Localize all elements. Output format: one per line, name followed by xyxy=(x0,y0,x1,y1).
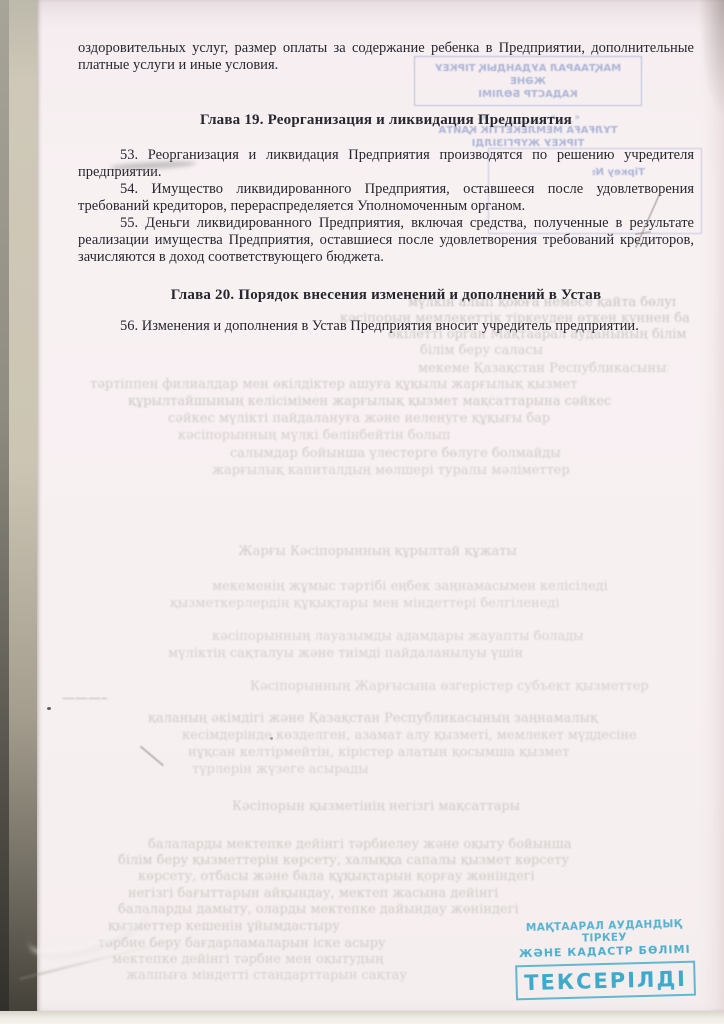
bleedthrough-line: кәсіпорынның лауазымды адамдары жауапты … xyxy=(212,630,682,644)
clause-54: 54. Имущество ликвидированного Предприят… xyxy=(78,181,694,215)
bleedthrough-line: негізгі бағыттарын айқындау, мектеп жасы… xyxy=(128,887,678,901)
scanned-charter-page: мүлкін алып қоюға немесе қайта бөлуге жо… xyxy=(0,0,724,1024)
bleedthrough-line: тәртіппен филиалдар мен өкілдіктер ашуға… xyxy=(90,378,670,392)
bleedthrough-line: құрылтайшының келісімімен жарғылық қызме… xyxy=(128,395,683,409)
bleedthrough-line: мекеме Қазақстан Республикасының заңнама… xyxy=(418,362,668,376)
verification-stamp-office-line1: МАҚТААРАЛ АУДАНДЫҚ ТІРКЕУ xyxy=(514,918,695,947)
bleedthrough-line: нұқсан келтірмейтін, кірістер алатын қос… xyxy=(188,746,678,760)
bleedthrough-line: қызметкерлердің құқықтары мен міндеттері… xyxy=(170,597,685,611)
verified-box: ТЕКСЕРІЛДІ xyxy=(515,961,696,1001)
bleedthrough-line: салымдар бойынша үлестерге бөлуге болмай… xyxy=(230,447,680,461)
continuation-paragraph: оздоровительных услуг, размер оплаты за … xyxy=(78,40,694,74)
bleedthrough-line: балаларды дамыту, оларды мектепке дайынд… xyxy=(118,903,663,917)
clause-55: 55. Деньги ликвидированного Предприятия,… xyxy=(78,215,694,266)
bleedthrough-line: мүліктің сақталуы және тиімді пайдаланыл… xyxy=(168,647,688,661)
ink-speck xyxy=(47,707,51,710)
bleedthrough-line: жалпыға міндетті стандарттарын сақтау xyxy=(126,969,456,983)
fold-mark xyxy=(140,746,164,766)
bleedthrough-line: көрсету, отбасы және бала құқықтарын қор… xyxy=(138,870,683,884)
ink-speck xyxy=(270,737,273,740)
scanner-bottom-edge xyxy=(0,1011,724,1024)
bleedthrough-line: білім беру саласы xyxy=(420,344,570,358)
document-text: оздоровительных услуг, размер оплаты за … xyxy=(78,40,694,335)
bleedthrough-line: түрлерін жүзеге асырады xyxy=(192,763,422,777)
bleedthrough-line: қызметтер кешенін ұйымдастыру xyxy=(108,920,468,934)
bleedthrough-line: балаларды мектепке дейінгі тәрбиелеу жән… xyxy=(148,838,693,852)
bleedthrough-line: Кәсіпорын қызметінің негізгі мақсаттары xyxy=(232,800,562,814)
clause-56: 56. Изменения и дополнения в Устав Предп… xyxy=(78,318,694,335)
bleedthrough-line: білім беру қызметтерін көрсету, халыққа … xyxy=(118,854,683,868)
chapter-19-title: Глава 19. Реорганизация и ликвидация Пре… xyxy=(78,112,694,129)
bleedthrough-line: Кәсіпорынның Жарғысына өзгерістер субъек… xyxy=(250,680,680,694)
scanner-left-edge xyxy=(0,0,37,1024)
ink-speck xyxy=(99,46,102,48)
bleedthrough-line: ———– xyxy=(62,692,212,706)
bleedthrough-line: жарғылық капиталдың мөлшері туралы мәлім… xyxy=(212,464,657,478)
bleedthrough-line: Жарғы Кәсіпорынның құрылтай құжаты xyxy=(238,545,538,559)
bleedthrough-line: мектепке дейінгі тәрбие мен оқытудың xyxy=(112,953,462,967)
bleedthrough-line: қаланың әкімдігі және Қазақстан Республи… xyxy=(148,712,688,726)
bleedthrough-line: сәйкес мүлікті пайдалануға және иеленуге… xyxy=(168,412,688,426)
paper-sheet: мүлкін алып қоюға немесе қайта бөлуге жо… xyxy=(37,0,724,1011)
bleedthrough-line: мекеменің жұмыс тәртібі еңбек заңнамасым… xyxy=(212,580,682,594)
bleedthrough-line: кесімдерінде көзделген, азамат алу қызме… xyxy=(182,729,687,743)
verification-stamp: МАҚТААРАЛ АУДАНДЫҚ ТІРКЕУ ЖӘНЕ КАДАСТР Б… xyxy=(514,918,696,1001)
chapter-20-title: Глава 20. Порядок внесения изменений и д… xyxy=(78,287,694,304)
bleedthrough-line: кәсіпорынның мүлкі бөлінбейтін болып xyxy=(178,429,478,443)
